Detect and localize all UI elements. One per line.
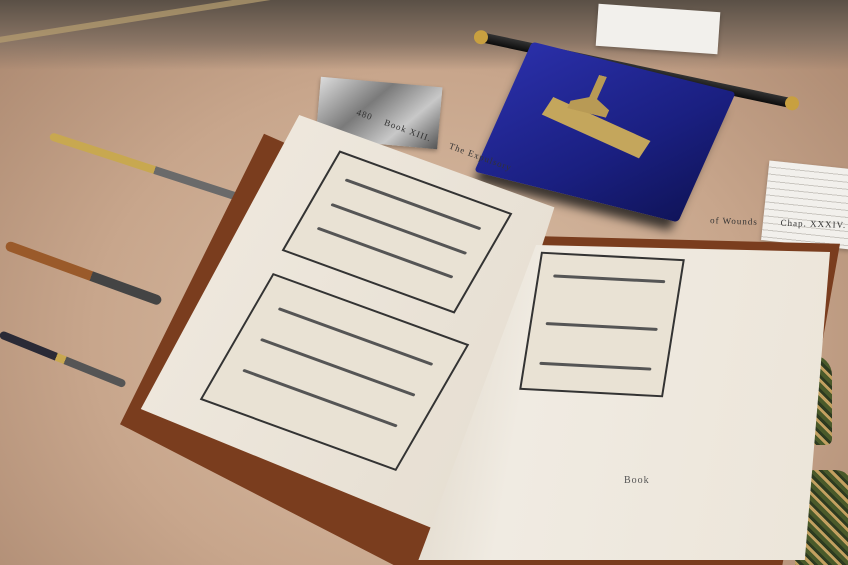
museum-display-photo: 480 Book XIII. The Expulsory of Wounds C… xyxy=(0,0,848,565)
catchword: Book xyxy=(624,475,650,486)
label-card xyxy=(596,4,721,54)
woodcut-instruments xyxy=(519,252,685,398)
display-case-frame xyxy=(0,0,848,70)
right-running-head: of Wounds Chap. XXXIV. 181 xyxy=(710,215,848,231)
dark-dagger xyxy=(0,330,127,388)
open-antique-book: 480 Book XIII. The Expulsory of Wounds C… xyxy=(120,115,840,565)
